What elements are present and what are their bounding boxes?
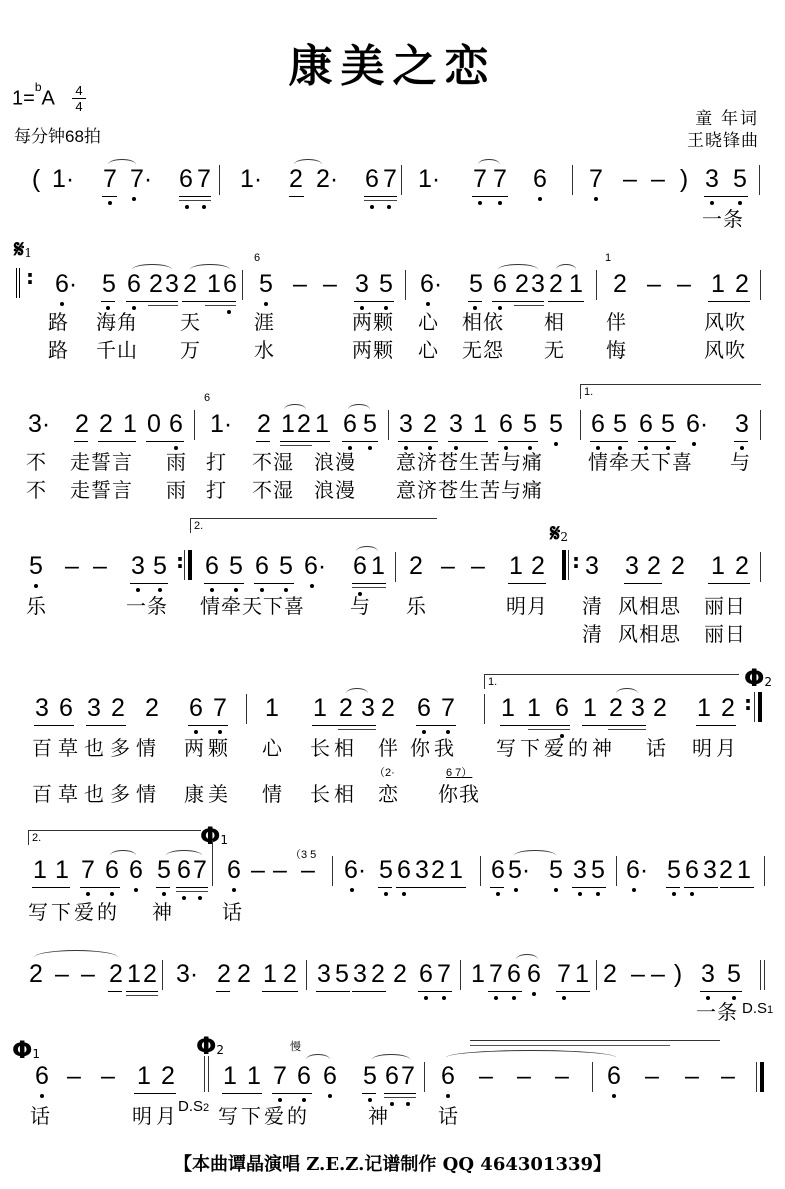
low-dot (514, 888, 518, 892)
final-barline (760, 1062, 764, 1092)
dash: – (516, 1062, 532, 1090)
low-dot (302, 1098, 306, 1102)
lyric: 走誓言 (70, 450, 133, 474)
underline (262, 991, 298, 992)
slur (294, 159, 322, 170)
note: 2 (422, 410, 438, 438)
low-dot (182, 896, 186, 900)
low-dot (390, 1102, 394, 1106)
lyric: 万 (180, 338, 201, 362)
note: 3· (176, 960, 192, 988)
underline (312, 725, 376, 726)
tempo-slow-marking: 慢 (290, 1038, 301, 1054)
lyric: 风相思 (618, 594, 681, 618)
note: 5 (732, 165, 748, 193)
note: 1 (508, 552, 524, 580)
note: 5 (660, 410, 676, 438)
lyric: 话 (222, 900, 243, 924)
volta-label: 1. (584, 386, 593, 398)
barline (460, 960, 461, 990)
dash: – (80, 960, 96, 988)
barline (759, 165, 760, 195)
lyric: 丽日 (704, 594, 746, 618)
dash: – (478, 1062, 494, 1090)
note: 1 (222, 1062, 238, 1090)
lyric: 明月 (692, 736, 740, 760)
key-label: 1= (12, 88, 35, 110)
note: 2 (236, 960, 252, 988)
underline (590, 441, 628, 442)
barline (764, 856, 765, 886)
note: 2 (718, 856, 734, 884)
barline (580, 410, 581, 440)
underline (582, 725, 646, 726)
note: 1 (122, 410, 138, 438)
note: 6 (128, 856, 144, 884)
ds-text: D.S (742, 1000, 767, 1017)
segno-icon: 𝄋2 (550, 518, 568, 547)
paren-close: ) (670, 960, 686, 988)
barline (424, 1062, 425, 1092)
underline (362, 1093, 376, 1094)
barline (306, 960, 307, 990)
note: 2 (602, 960, 618, 988)
note: 2 (652, 694, 668, 722)
note: 3 (448, 410, 464, 438)
key-signature: 1=bA (12, 86, 55, 111)
note: 6· (686, 410, 702, 438)
lyric: 写下爱的 (218, 1104, 310, 1128)
time-bottom: 4 (72, 100, 86, 113)
underline (498, 441, 538, 442)
note: 6 (490, 856, 506, 884)
low-dot (562, 996, 566, 1000)
note: 2 (612, 270, 628, 298)
underline (354, 301, 394, 302)
underline (134, 1093, 176, 1094)
note: 2 (142, 960, 158, 988)
note: 5 (334, 960, 350, 988)
lyric: 风相思 (618, 622, 681, 646)
barline (764, 960, 765, 990)
note: 6 (204, 552, 220, 580)
low-dot (710, 201, 714, 205)
low-dot (387, 205, 391, 209)
lyric: 不 (26, 450, 47, 474)
underline (508, 583, 546, 584)
underline (176, 887, 208, 888)
note: 6 (684, 856, 700, 884)
underline (352, 583, 386, 584)
slur (346, 688, 368, 699)
lyric: 无怨 (462, 338, 504, 362)
low-dot (34, 584, 38, 588)
barline (212, 840, 213, 886)
ds-number: 2 (203, 1102, 209, 1114)
underline (364, 196, 397, 197)
underline (398, 441, 438, 442)
volta-1-bracket: 1. (580, 384, 761, 399)
lyric: 悔 (606, 338, 627, 362)
lyric: 风吹 (704, 310, 746, 334)
note: 3 (584, 552, 600, 580)
note: 6· (420, 270, 436, 298)
underline (384, 1097, 416, 1098)
underline (638, 441, 676, 442)
low-dot (260, 588, 264, 592)
coda-icon: Φ2 (196, 1032, 224, 1060)
lyric: 涯 (254, 310, 275, 334)
lyric: 两颗 (352, 310, 394, 334)
lyric: 与 (350, 594, 371, 618)
barline (204, 1056, 205, 1092)
lyric: 一条 (126, 594, 168, 618)
note: 6 (554, 694, 570, 722)
footer-credit: 【本曲谭晶演唱 Z.E.Z.记谱制作 QQ 464301339】 (0, 1150, 785, 1176)
paren-open: ( (28, 165, 44, 193)
coda-icon: Φ1 (12, 1036, 40, 1064)
time-top: 4 (72, 84, 86, 97)
lyric: 一条 (702, 207, 744, 231)
note: 6· (304, 552, 320, 580)
key-note: A (42, 88, 55, 110)
low-dot (158, 588, 162, 592)
barline (572, 165, 573, 195)
repeat-dots: : (572, 556, 580, 566)
grace-note: 1 (605, 252, 611, 264)
note: 6 (178, 165, 194, 193)
note: 1 (710, 552, 726, 580)
repeat-end-barline (758, 692, 762, 722)
note: 5 (101, 270, 117, 298)
underline (488, 991, 522, 992)
low-dot (426, 302, 430, 306)
dash: – (676, 270, 692, 298)
note: 6 (418, 960, 434, 988)
lyric: 情牵天下喜 (588, 450, 693, 474)
note: 3 (354, 270, 370, 298)
note: 2 (370, 960, 386, 988)
dash: – (646, 270, 662, 298)
repeat-dots: : (176, 556, 184, 566)
underline (352, 991, 386, 992)
lyric: 清 (582, 622, 603, 646)
lyric: 恋 (378, 782, 399, 806)
note: 5 (548, 410, 564, 438)
low-dot (496, 892, 500, 896)
lyric: 浪漫 (314, 450, 356, 474)
dash: – (622, 165, 638, 193)
grace-note: 6 (204, 392, 210, 404)
underline (378, 887, 392, 888)
volta-label: 1. (488, 676, 497, 688)
underline (176, 891, 208, 892)
lyric: 走誓言 (70, 478, 133, 502)
note: 1 (262, 960, 278, 988)
note: 5 (152, 552, 168, 580)
tempo-marking: 每分钟68拍 (14, 122, 101, 147)
note: 6 (606, 1062, 622, 1090)
lyric: 意济苍生苦与痛 (396, 450, 543, 474)
underline (130, 583, 168, 584)
lyric: 一条 (696, 1000, 738, 1024)
lyric: 长相 (310, 782, 358, 806)
lyric: 情 (262, 782, 283, 806)
lyric: 水 (254, 338, 275, 362)
note: 7 (588, 165, 604, 193)
repeat-start-barline (562, 550, 566, 580)
slur (34, 950, 118, 965)
underline (608, 729, 646, 730)
lyric: 长相 (310, 736, 358, 760)
lyric: 百草也多情 (32, 736, 162, 760)
coda-icon: Φ1 (200, 822, 228, 850)
underline (126, 301, 178, 302)
underline (156, 887, 170, 888)
alt-note: （2· (374, 764, 395, 780)
barline (756, 1062, 757, 1092)
coda-icon: Φ2 (744, 664, 772, 692)
segno-number: 1 (24, 246, 32, 260)
note: 7 (212, 694, 228, 722)
low-dot (264, 302, 268, 306)
low-dot (498, 201, 502, 205)
barline (208, 1056, 209, 1092)
dash: – (322, 270, 338, 298)
barline (405, 270, 406, 300)
fermata-line (470, 1045, 670, 1046)
note: 3 (130, 552, 146, 580)
lyric: 心 (418, 338, 439, 362)
low-dot (310, 584, 314, 588)
underline (448, 441, 488, 442)
coda-symbol: Φ (200, 822, 220, 850)
volta-label: 2. (32, 832, 41, 844)
underline (556, 991, 590, 992)
underline (182, 301, 236, 302)
dash: – (292, 270, 308, 298)
note: 3 (700, 960, 716, 988)
low-dot (596, 892, 600, 896)
lyric: 明月 (132, 1104, 180, 1128)
low-dot (612, 1094, 616, 1098)
slur (372, 1054, 410, 1065)
low-dot (368, 446, 372, 450)
note: 7 (382, 165, 398, 193)
note: 2 (670, 552, 686, 580)
slur (108, 159, 136, 170)
repeat-end-barline (188, 550, 192, 580)
note: 6 (416, 694, 432, 722)
lyric: 路 (48, 338, 69, 362)
lyric: 意济苍生苦与痛 (396, 478, 543, 502)
note: 2 (74, 410, 90, 438)
low-dot (162, 892, 166, 896)
underline (704, 196, 748, 197)
underline (108, 991, 122, 992)
note: 1 (500, 694, 516, 722)
note: 1· (52, 165, 68, 193)
slur (284, 404, 306, 415)
underline (734, 441, 748, 442)
lyric: 不 (26, 478, 47, 502)
note: 1 (32, 856, 48, 884)
barline (242, 270, 243, 300)
slur (616, 688, 638, 699)
note: 6 (226, 856, 242, 884)
barline (760, 410, 761, 440)
underline (384, 1093, 416, 1094)
low-dot (424, 996, 428, 1000)
barline (484, 694, 485, 724)
note: 2 (216, 960, 232, 988)
slur (166, 850, 202, 861)
low-dot (60, 302, 64, 306)
underline (666, 887, 680, 888)
low-dot (350, 888, 354, 892)
underline (34, 725, 74, 726)
note: 3 (398, 410, 414, 438)
note: 6 (188, 694, 204, 722)
note: 3 (352, 960, 368, 988)
note: 6 (254, 552, 270, 580)
dash: – (684, 1062, 700, 1090)
underline (338, 729, 376, 730)
lyric: 你我 (410, 736, 458, 760)
flat-sign: b (35, 80, 42, 94)
note: 2 (646, 552, 662, 580)
underline (179, 196, 211, 197)
note: 3 (316, 960, 332, 988)
repeat-start-barline (16, 268, 20, 298)
low-dot (40, 1094, 44, 1098)
underline (514, 305, 544, 306)
note: 2 (28, 960, 44, 988)
underline (205, 305, 236, 306)
low-dot (370, 205, 374, 209)
lyric: 两颗 (184, 736, 232, 760)
low-dot (136, 588, 140, 592)
underline (204, 583, 244, 584)
note: 3 (734, 410, 750, 438)
dash: – (64, 552, 80, 580)
lyric: 百草也多情 (32, 782, 162, 806)
note: 5 (726, 960, 742, 988)
underline (416, 725, 456, 726)
note: 6· (626, 856, 642, 884)
underline (572, 887, 606, 888)
low-dot (210, 588, 214, 592)
low-dot (512, 996, 516, 1000)
note: 6 (590, 410, 606, 438)
segno-icon: 𝄋1 (14, 234, 32, 263)
note: 7 (80, 856, 96, 884)
underline (684, 887, 718, 888)
song-title: 康美之恋 (0, 30, 785, 94)
lyric: 话 (646, 736, 667, 760)
note: 6· (55, 270, 71, 298)
low-dot (328, 1094, 332, 1098)
lyric: 神 (368, 1104, 389, 1128)
note: 2 (98, 410, 114, 438)
note: 3 (624, 552, 640, 580)
low-dot (402, 892, 406, 896)
low-dot (578, 892, 582, 896)
coda-symbol: Φ (196, 1032, 216, 1060)
slur (132, 264, 172, 275)
underline (74, 441, 88, 442)
note: 6 (364, 165, 380, 193)
alt-note: 6 7） (446, 764, 472, 780)
coda-number: 2 (216, 1043, 224, 1057)
underline (396, 887, 432, 888)
note: 6 (322, 1062, 338, 1090)
lyric: 不湿 (252, 478, 294, 502)
underline (364, 200, 397, 201)
volta-2-bracket: 2. (28, 830, 201, 845)
note: 2 (734, 552, 750, 580)
lyric: 千山 (96, 338, 138, 362)
low-dot (446, 730, 450, 734)
dash: – (470, 552, 486, 580)
barline (162, 960, 163, 990)
lyric: 清 (582, 594, 603, 618)
note: 6· (344, 856, 360, 884)
note: 7 (556, 960, 572, 988)
underline (280, 445, 312, 446)
dash: – (54, 960, 70, 988)
barline (480, 856, 481, 886)
note: 2 (256, 410, 272, 438)
note: 3 (704, 165, 720, 193)
slur (556, 264, 576, 275)
note: 1 (710, 270, 726, 298)
low-dot (234, 588, 238, 592)
low-dot (632, 888, 636, 892)
ds-marking: D.S1 (742, 1000, 773, 1017)
dash: – (554, 1062, 570, 1090)
note: 1· (210, 410, 226, 438)
note: 1 (136, 1062, 152, 1090)
lyric: 不湿 (252, 450, 294, 474)
dash: – (650, 960, 666, 988)
repeat-dots: : (744, 698, 752, 708)
underline (102, 196, 117, 197)
underline (432, 887, 466, 888)
lyric: 你我 (438, 782, 480, 806)
slur (498, 264, 538, 275)
note: 1 (126, 960, 142, 988)
low-dot (132, 197, 136, 201)
lyric: 相依 (462, 310, 504, 334)
underline (700, 991, 742, 992)
coda-number: 2 (764, 675, 772, 689)
alt-note: （3 5 (290, 846, 316, 862)
barline (596, 960, 597, 990)
underline (80, 887, 120, 888)
lyric: 写下爱的神 (496, 736, 616, 760)
note: 7 (440, 694, 456, 722)
note: 1 (470, 960, 486, 988)
underline (528, 729, 570, 730)
note: 6 (396, 856, 412, 884)
low-dot (278, 1098, 282, 1102)
note: 1· (418, 165, 434, 193)
note: 6 (440, 1062, 456, 1090)
barline (246, 694, 247, 724)
note: 5 (228, 552, 244, 580)
note: 5 (378, 856, 394, 884)
